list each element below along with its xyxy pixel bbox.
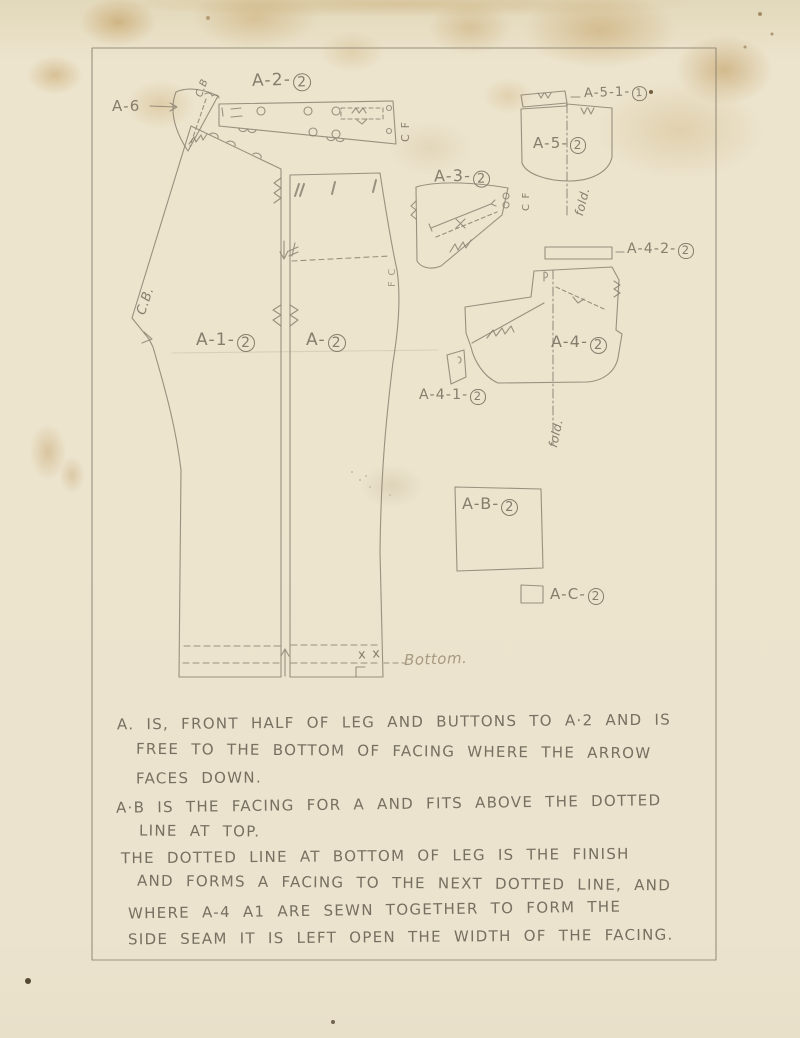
label-text: A-4-1- (419, 387, 468, 403)
quantity-circle: 2 (328, 334, 346, 352)
note-line: FACES DOWN. (136, 768, 262, 787)
quantity-circle: 1 (632, 86, 647, 101)
quantity-circle: 2 (678, 243, 693, 258)
label-text: A-5-1- (584, 84, 631, 101)
label-piece-a: A-2 (306, 330, 346, 352)
label-text: A- (306, 330, 326, 350)
label-text: A-3- (434, 166, 471, 186)
bottom-annotation: Bottom. (404, 649, 468, 669)
quantity-circle: 2 (237, 334, 255, 352)
piece-a4-pocket-shape (465, 267, 622, 445)
label-piece-a4: A-4-2 (551, 332, 607, 354)
label-text: A-1- (196, 330, 235, 350)
piece-a3-shape (411, 183, 509, 268)
label-piece-a2: A-2-2 (252, 69, 312, 93)
double-notch-mark: x x (358, 646, 382, 663)
label-piece-a42: A-4-2-2 (627, 241, 694, 259)
quantity-circle: 2 (588, 588, 604, 604)
label-piece-a6: A-6 (112, 97, 141, 115)
label-piece-ac: A-C-2 (550, 585, 604, 605)
label-piece-a5: A-5-2 (533, 134, 586, 154)
label-piece-a51: A-5-1-1 (584, 84, 647, 103)
note-line: LINE AT TOP. (139, 821, 260, 840)
center-front-mark-a3: C F (521, 191, 532, 211)
quantity-circle: 2 (473, 170, 490, 187)
quantity-circle: 2 (293, 73, 312, 92)
label-text: A-4-2- (627, 241, 676, 257)
label-text: A-C- (550, 585, 586, 603)
label-text: A-B- (462, 494, 499, 513)
label-piece-ab: A-B-2 (462, 494, 518, 516)
center-front-mark-waistband: C F (399, 121, 412, 142)
quantity-circle: 2 (470, 389, 485, 404)
piece-a42-strip-shape (545, 247, 624, 259)
label-piece-a41: A-4-1-2 (419, 387, 486, 405)
piece-a1-leg-shape (132, 126, 438, 677)
piece-a5-pocket-shape (521, 104, 612, 215)
label-text: A-5- (533, 134, 568, 152)
label-text: A-2- (252, 70, 292, 91)
piece-a41-shape (447, 350, 466, 384)
label-text: A-4- (551, 332, 588, 351)
piece-a6-shape (150, 89, 219, 151)
piece-ac-shape (521, 585, 543, 603)
quantity-circle: 2 (570, 137, 586, 153)
piece-a-leg-shape (289, 173, 406, 677)
pattern-sheet: A-6 A-2-2 A-5-1-1 A-5-2 A-3-2 A-4-2-2 A-… (0, 0, 800, 1038)
piece-a2-waistband-shape (219, 101, 396, 144)
label-piece-a3: A-3-2 (434, 166, 491, 189)
quantity-circle: 2 (590, 337, 607, 354)
quantity-circle: 2 (501, 499, 518, 516)
front-center-mark-leg: F C (387, 267, 398, 287)
label-piece-a1: A-1-2 (196, 330, 255, 352)
label-text: A-6 (112, 97, 141, 115)
